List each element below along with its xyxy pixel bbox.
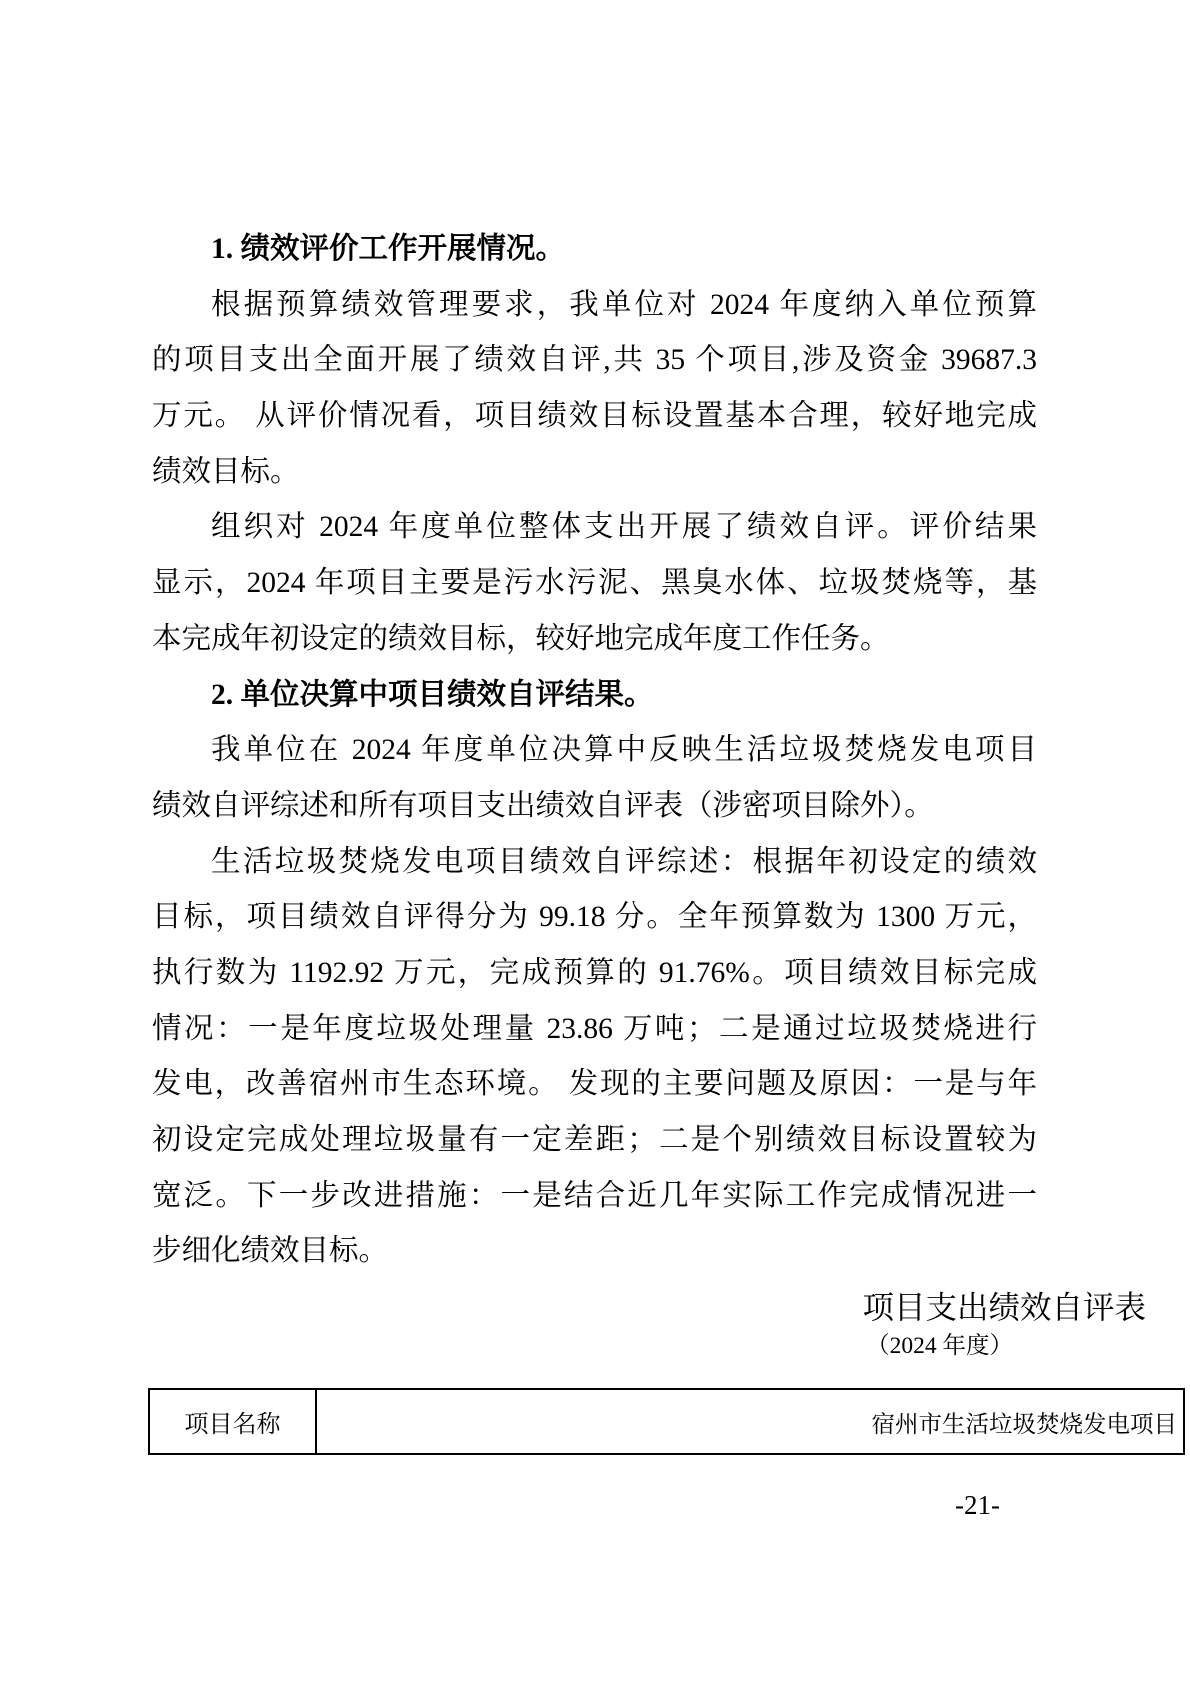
paragraph-line: 万元。 从评价情况看，项目绩效目标设置基本合理，较好地完成: [152, 389, 1037, 445]
body-text-column: 1. 绩效评价工作开展情况。 根据预算绩效管理要求，我单位对 2024 年度纳入…: [152, 222, 1037, 1280]
paragraph-line: 步细化绩效目标。: [152, 1224, 1037, 1280]
paragraph-line: 宽泛。下一步改进措施：一是结合近几年实际工作完成情况进一: [152, 1169, 1037, 1225]
paragraph-line: 初设定完成处理垃圾量有一定差距；二是个别绩效目标设置较为: [152, 1113, 1037, 1169]
paragraph-line: 组织对 2024 年度单位整体支出开展了绩效自评。评价结果: [152, 500, 1037, 556]
paragraph-line: 目标，项目绩效自评得分为 99.18 分。全年预算数为 1300 万元，: [152, 890, 1037, 946]
paragraph-line: 显示，2024 年项目主要是污水污泥、黑臭水体、垃圾焚烧等，基: [152, 556, 1037, 612]
paragraph-line: 本完成年初设定的绩效目标，较好地完成年度工作任务。: [152, 612, 1037, 668]
section-heading-1: 1. 绩效评价工作开展情况。: [152, 222, 1037, 278]
document-page: 1. 绩效评价工作开展情况。 根据预算绩效管理要求，我单位对 2024 年度纳入…: [0, 0, 1190, 1683]
section-heading-2: 2. 单位决算中项目绩效自评结果。: [152, 668, 1037, 724]
paragraph-line: 执行数为 1192.92 万元，完成预算的 91.76%。项目绩效目标完成: [152, 946, 1037, 1002]
paragraph-line: 的项目支出全面开展了绩效自评,共 35 个项目,涉及资金 39687.3: [152, 333, 1037, 389]
paragraph-line: 情况：一是年度垃圾处理量 23.86 万吨；二是通过垃圾焚烧进行: [152, 1002, 1037, 1058]
paragraph-line: 绩效自评综述和所有项目支出绩效自评表（涉密项目除外）。: [152, 779, 1037, 835]
table-title: 项目支出绩效自评表: [0, 1280, 1190, 1336]
table-cell-project-name-value: 宿州市生活垃圾焚烧发电项目: [317, 1390, 1183, 1453]
paragraph-line: 绩效目标。: [152, 445, 1037, 501]
paragraph-line: 发电，改善宿州市生态环境。 发现的主要问题及原因：一是与年: [152, 1057, 1037, 1113]
table-subtitle: （2024 年度）: [0, 1332, 1190, 1360]
self-eval-table: 项目名称 宿州市生活垃圾焚烧发电项目: [148, 1388, 1185, 1455]
page-number: -21-: [955, 1490, 1000, 1520]
table-cell-project-name-label: 项目名称: [150, 1390, 317, 1453]
paragraph-line: 生活垃圾焚烧发电项目绩效自评综述：根据年初设定的绩效: [152, 835, 1037, 891]
paragraph-line: 根据预算绩效管理要求，我单位对 2024 年度纳入单位预算: [152, 278, 1037, 334]
paragraph-line: 我单位在 2024 年度单位决算中反映生活垃圾焚烧发电项目: [152, 723, 1037, 779]
